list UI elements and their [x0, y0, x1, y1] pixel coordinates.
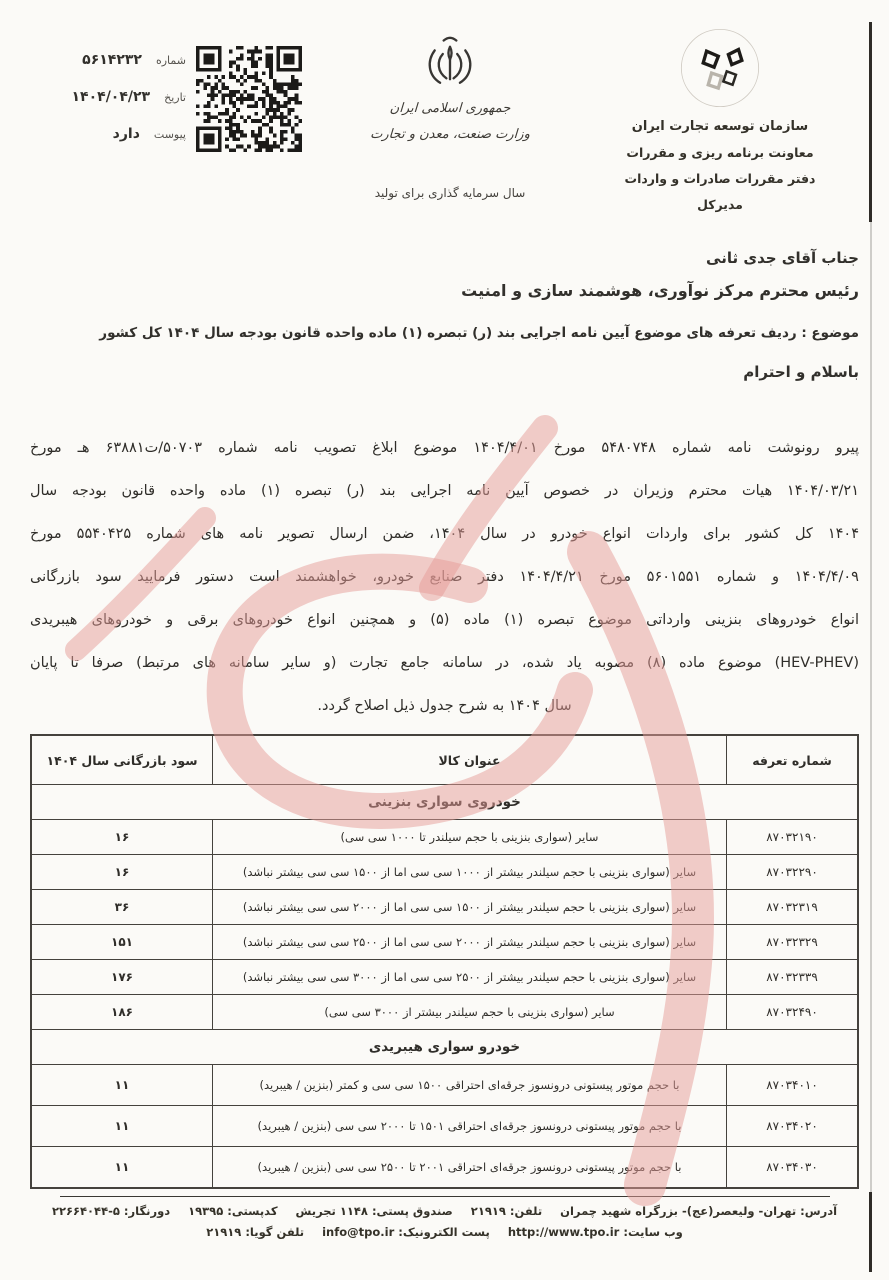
footer-segment: پست الکترونیک: info@tpo.ir: [322, 1225, 490, 1239]
meta-attachment-row: پیوست دارد: [26, 126, 186, 142]
tariff-code-cell: ۸۷۰۳۴۰۳۰: [727, 1147, 859, 1189]
profit-value-cell: ۱۱: [31, 1106, 213, 1147]
salutation: باسلام و احترام: [30, 363, 859, 381]
table-row: ۸۷۰۳۲۳۱۹سایر (سواری بنزینی با حجم سیلندر…: [31, 890, 858, 925]
org-role: مدیرکل: [595, 192, 845, 218]
qr-code-icon: [196, 46, 302, 152]
tariff-code-cell: ۸۷۰۳۲۳۲۹: [727, 925, 859, 960]
table-section-title: خودرو سواری هیبریدی: [31, 1030, 858, 1065]
header-tariff-number: شماره تعرفه: [727, 735, 859, 785]
goods-title-cell: سایر (سواری بنزینی با حجم سیلندر بیشتر ا…: [213, 855, 727, 890]
recipient-name: جناب آقای جدی ثانی: [30, 243, 859, 273]
table-row: ۸۷۰۳۲۲۹۰سایر (سواری بنزینی با حجم سیلندر…: [31, 855, 858, 890]
table-header-row: شماره تعرفه عنوان کالا سود بازرگانی سال …: [31, 735, 858, 785]
table-row: ۸۷۰۳۲۳۳۹سایر (سواری بنزینی با حجم سیلندر…: [31, 960, 858, 995]
footer-divider: [60, 1196, 830, 1197]
goods-title-cell: سایر (سواری بنزینی با حجم سیلندر تا ۱۰۰۰…: [213, 820, 727, 855]
meta-attachment-label: پیوست: [154, 128, 186, 141]
footer-contact-line: وب سایت: http://www.tpo.irپست الکترونیک:…: [30, 1225, 859, 1239]
profit-value-cell: ۱۶: [31, 855, 213, 890]
tpo-logo-icon: Trade Promotion Organization of Iran: [678, 26, 762, 110]
meta-date-value: ۱۴۰۴/۰۴/۲۳: [72, 89, 151, 105]
footer-segment: تلفن: ۲۱۹۱۹: [471, 1204, 542, 1218]
meta-number-row: شماره ۵۶۱۴۲۳۲: [26, 52, 186, 68]
paragraph-line: سال ۱۴۰۴ به شرح جدول ذیل اصلاح گردد.: [30, 685, 859, 728]
svg-text:Trade Promotion Organization o: Trade Promotion Organization of Iran: [678, 26, 682, 28]
profit-value-cell: ۱۷۶: [31, 960, 213, 995]
table-section-row: خودرو سواری هیبریدی: [31, 1030, 858, 1065]
footer-segment: کدپستی: ۱۹۳۹۵: [188, 1204, 277, 1218]
letter-meta: شماره ۵۶۱۴۲۳۲ تاریخ ۱۴۰۴/۰۴/۲۳ پیوست دار…: [26, 52, 186, 163]
table-row: ۸۷۰۳۲۳۲۹سایر (سواری بنزینی با حجم سیلندر…: [31, 925, 858, 960]
org-name: سازمان توسعه تجارت ایران: [595, 114, 845, 140]
org-office: دفتر مقررات صادرات و واردات: [595, 166, 845, 192]
tariff-table: شماره تعرفه عنوان کالا سود بازرگانی سال …: [30, 734, 859, 1189]
body-paragraph: پیرو رونوشت نامه شماره ۵۴۸۰۷۴۸ مورخ ۱۴۰۴…: [30, 427, 859, 728]
profit-value-cell: ۱۵۱: [31, 925, 213, 960]
qr-code: [196, 46, 302, 152]
goods-title-cell: با حجم موتور پیستونی درونسوز جرقه‌ای احت…: [213, 1147, 727, 1189]
profit-value-cell: ۱۱: [31, 1065, 213, 1106]
meta-attachment-value: دارد: [113, 126, 140, 142]
footer-segment: آدرس: تهران- ولیعصر(عج)- بزرگراه شهید چم…: [560, 1204, 837, 1218]
meta-number-value: ۵۶۱۴۲۳۲: [82, 52, 142, 68]
goods-title-cell: با حجم موتور پیستونی درونسوز جرقه‌ای احت…: [213, 1106, 727, 1147]
header-profit: سود بازرگانی سال ۱۴۰۴: [31, 735, 213, 785]
table-row: ۸۷۰۳۲۴۹۰سایر (سواری بنزینی با حجم سیلندر…: [31, 995, 858, 1030]
footer-segment: تلفن گویا: ۲۱۹۱۹: [206, 1225, 304, 1239]
scan-edge-line-top: [869, 22, 872, 222]
tariff-code-cell: ۸۷۰۳۲۲۹۰: [727, 855, 859, 890]
scan-edge-line-middle: [870, 222, 872, 1192]
paragraph-line: (HEV-PHEV) موضوع ماده (۸) مصوبه یاد شده،…: [30, 642, 859, 685]
table-row: ۸۷۰۳۴۰۱۰با حجم موتور پیستونی درونسوز جرق…: [31, 1065, 858, 1106]
goods-title-cell: سایر (سواری بنزینی با حجم سیلندر بیشتر ا…: [213, 925, 727, 960]
ministry-block: جمهوری اسلامی ایران وزارت صنعت، معدن و ت…: [330, 34, 570, 148]
footer-address-line: آدرس: تهران- ولیعصر(عج)- بزرگراه شهید چم…: [30, 1204, 859, 1218]
ministry-name: وزارت صنعت، معدن و تجارت: [329, 122, 570, 148]
tariff-table-body: شماره تعرفه عنوان کالا سود بازرگانی سال …: [31, 735, 858, 1188]
goods-title-cell: سایر (سواری بنزینی با حجم سیلندر بیشتر ا…: [213, 995, 727, 1030]
meta-date-label: تاریخ: [164, 91, 186, 104]
goods-title-cell: سایر (سواری بنزینی با حجم سیلندر بیشتر ا…: [213, 890, 727, 925]
tariff-code-cell: ۸۷۰۳۲۳۱۹: [727, 890, 859, 925]
year-slogan: سال سرمایه گذاری برای تولید: [330, 186, 570, 200]
organization-block: Trade Promotion Organization of Iran ساز…: [595, 26, 845, 218]
profit-value-cell: ۱۱: [31, 1147, 213, 1189]
tariff-code-cell: ۸۷۰۳۲۳۳۹: [727, 960, 859, 995]
header-goods-title: عنوان کالا: [213, 735, 727, 785]
table-row: ۸۷۰۳۲۱۹۰سایر (سواری بنزینی با حجم سیلندر…: [31, 820, 858, 855]
profit-value-cell: ۳۶: [31, 890, 213, 925]
letter-body: جناب آقای جدی ثانی رئیس محترم مرکز نوآور…: [30, 243, 859, 1189]
subject-line: موضوع : ردیف تعرفه های موضوع آیین نامه ا…: [30, 321, 859, 345]
meta-date-row: تاریخ ۱۴۰۴/۰۴/۲۳: [26, 89, 186, 105]
table-row: ۸۷۰۳۴۰۲۰با حجم موتور پیستونی درونسوز جرق…: [31, 1106, 858, 1147]
letter-footer: آدرس: تهران- ولیعصر(عج)- بزرگراه شهید چم…: [30, 1196, 859, 1239]
tariff-code-cell: ۸۷۰۳۴۰۲۰: [727, 1106, 859, 1147]
tariff-code-cell: ۸۷۰۳۲۱۹۰: [727, 820, 859, 855]
goods-title-cell: سایر (سواری بنزینی با حجم سیلندر بیشتر ا…: [213, 960, 727, 995]
tariff-code-cell: ۸۷۰۳۲۴۹۰: [727, 995, 859, 1030]
country-name: جمهوری اسلامی ایران: [329, 96, 570, 122]
paragraph-line: ۱۴۰۴ کل کشور برای واردات انواع خودرو در …: [30, 513, 859, 556]
paragraph-line: انواع خودروهای بنزینی وارداتی موضوع تبصر…: [30, 599, 859, 642]
tariff-code-cell: ۸۷۰۳۴۰۱۰: [727, 1065, 859, 1106]
scan-edge-line-bottom: [869, 1192, 872, 1272]
recipient-title: رئیس محترم مرکز نوآوری، هوشمند سازی و ام…: [30, 273, 859, 309]
goods-title-cell: با حجم موتور پیستونی درونسوز جرقه‌ای احت…: [213, 1065, 727, 1106]
paragraph-line: ۱۴۰۴/۴/۰۹ و شماره ۵۶۰۱۵۵۱ مورخ ۱۴۰۴/۴/۲۱…: [30, 556, 859, 599]
table-row: ۸۷۰۳۴۰۳۰با حجم موتور پیستونی درونسوز جرق…: [31, 1147, 858, 1189]
profit-value-cell: ۱۸۶: [31, 995, 213, 1030]
iran-emblem-icon: [423, 34, 477, 92]
footer-segment: وب سایت: http://www.tpo.ir: [508, 1225, 683, 1239]
profit-value-cell: ۱۶: [31, 820, 213, 855]
footer-segment: صندوق پستی: ۱۱۴۸ تجریش: [296, 1204, 453, 1218]
table-section-row: خودروی سواری بنزینی: [31, 785, 858, 820]
table-section-title: خودروی سواری بنزینی: [31, 785, 858, 820]
letter-page: شماره ۵۶۱۴۲۳۲ تاریخ ۱۴۰۴/۰۴/۲۳ پیوست دار…: [0, 0, 889, 1280]
meta-number-label: شماره: [156, 54, 186, 67]
paragraph-line: پیرو رونوشت نامه شماره ۵۴۸۰۷۴۸ مورخ ۱۴۰۴…: [30, 427, 859, 470]
org-deputy: معاونت برنامه ریزی و مقررات: [595, 140, 845, 166]
footer-segment: دورنگار: ۵-۲۲۶۶۴۰۴۴: [52, 1204, 170, 1218]
tpo-logo-ring-text: Trade Promotion Organization of Iran: [678, 26, 682, 28]
paragraph-line: ۱۴۰۴/۰۳/۲۱ هیات محترم وزیران در خصوص آیی…: [30, 470, 859, 513]
